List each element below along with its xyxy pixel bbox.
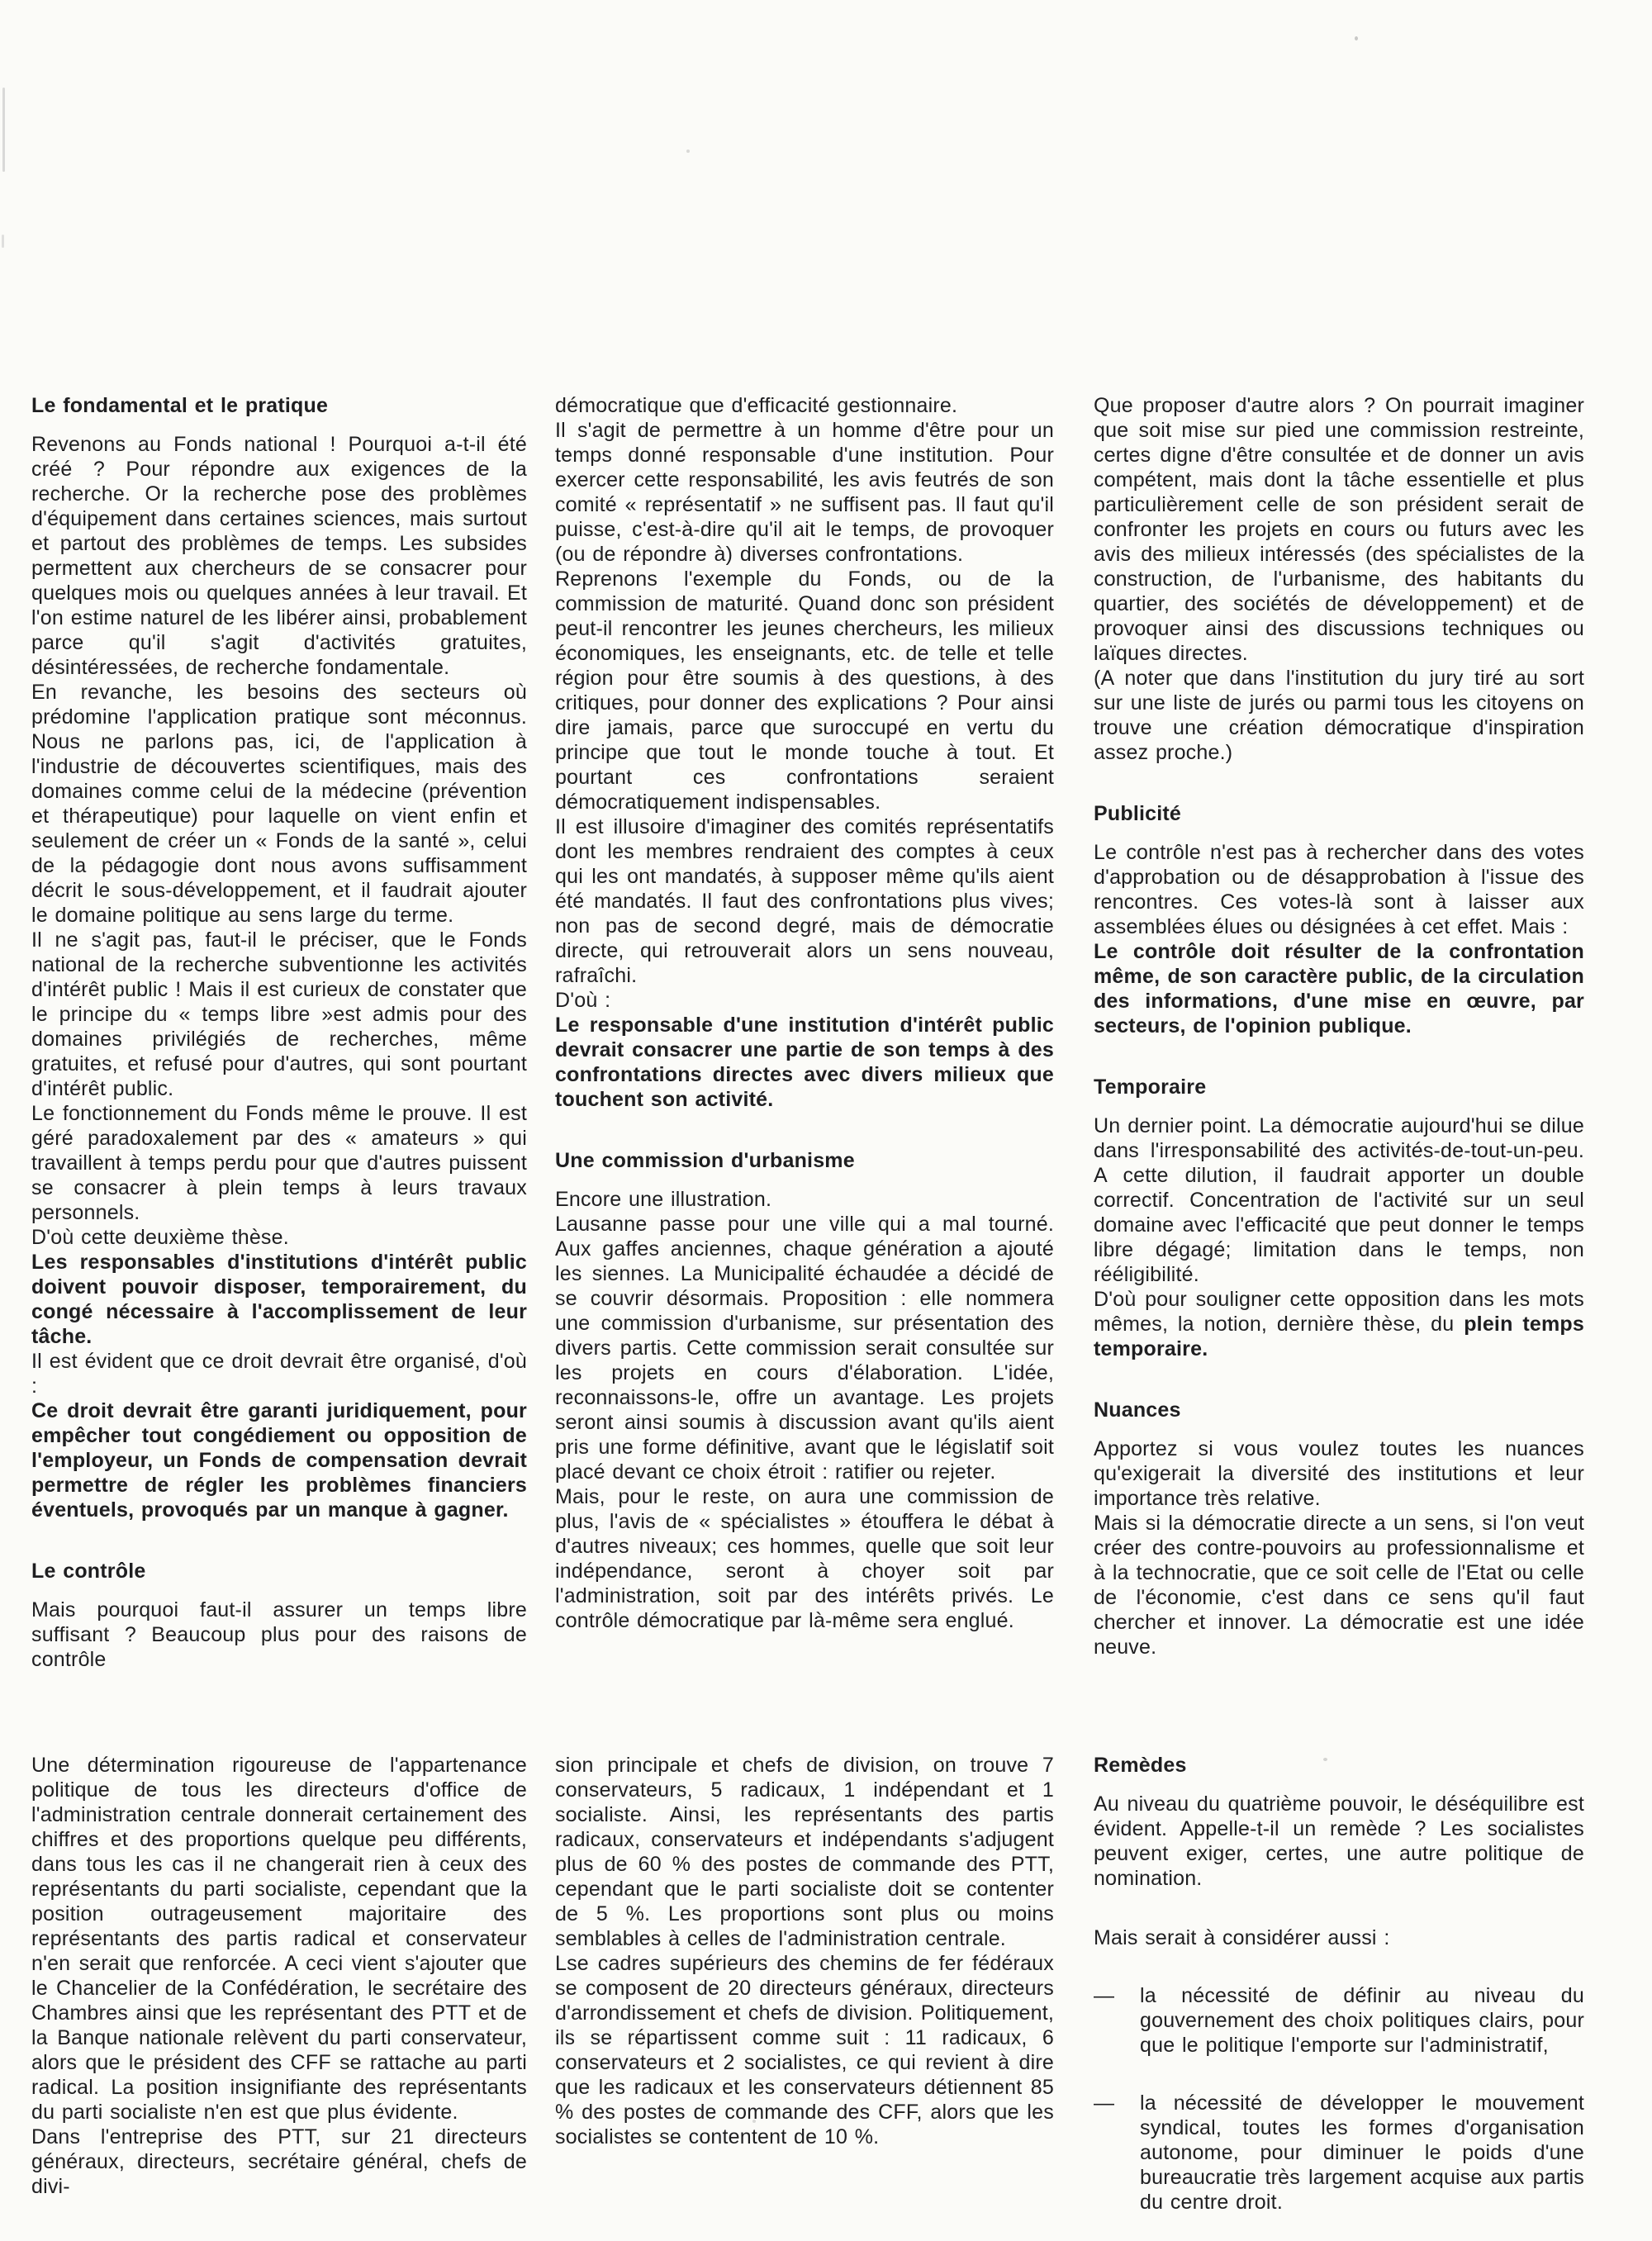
section-heading-controle: Le contrôle [31,1559,527,1583]
section-heading-urbanisme: Une commission d'urbanisme [555,1148,1054,1173]
paragraph: Dans l'entreprise des PTT, sur 21 direct… [31,2125,527,2199]
paragraph: Il ne s'agit pas, faut-il le préciser, q… [31,928,527,1101]
scan-speck [1355,36,1358,40]
paragraph: Lse cadres supérieurs des chemins de fer… [555,1951,1054,2149]
list-item-text: la nécessité de définir au niveau du gou… [1140,1983,1584,2058]
paragraph: Une détermination rigoureuse de l'appart… [31,1753,527,2125]
paragraph-with-emphasis: D'où pour souligner cette opposition dan… [1094,1287,1584,1361]
section-heading-fondamental: Le fondamental et le pratique [31,393,527,418]
paragraph: Encore une illustration. [555,1187,1054,1212]
top-column-3: Que proposer d'autre alors ? On pourrait… [1094,393,1584,1672]
top-column-2: démocratique que d'efficacité gestionnai… [555,393,1054,1672]
paragraph: D'où cette deuxième thèse. [31,1225,527,1250]
list-dash: — [1094,1983,1140,2058]
paragraph: sion principale et chefs de division, on… [555,1753,1054,1951]
section-heading-nuances: Nuances [1094,1398,1584,1422]
bottom-column-1: Une détermination rigoureuse de l'appart… [31,1753,527,2215]
top-section: Le fondamental et le pratique Revenons a… [31,393,1584,1672]
scan-streak [2,88,5,172]
paragraph: Revenons au Fonds national ! Pourquoi a-… [31,432,527,680]
paragraph: Mais serait à considérer aussi : [1094,1925,1584,1950]
section-heading-remedes: Remèdes [1094,1753,1584,1778]
thesis-paragraph: Le contrôle doit résulter de la confront… [1094,939,1584,1038]
section-heading-publicite: Publicité [1094,801,1584,826]
thesis-paragraph: Le responsable d'une institution d'intér… [555,1013,1054,1112]
paragraph: Au niveau du quatrième pouvoir, le déséq… [1094,1792,1584,1891]
paragraph: Mais pourquoi faut-il assurer un temps l… [31,1598,527,1672]
list-item-text: la nécessité de développer le mouvement … [1140,2091,1584,2215]
paragraph: Le fonctionnement du Fonds même le prouv… [31,1101,527,1225]
list-item: — la nécessité de définir au niveau du g… [1094,1983,1584,2058]
thesis-paragraph: Les responsables d'institutions d'intérê… [31,1250,527,1349]
list-item: — la nécessité de développer le mouvemen… [1094,2091,1584,2215]
thesis-paragraph: Ce droit devrait être garanti juridiquem… [31,1398,527,1522]
section-heading-temporaire: Temporaire [1094,1075,1584,1099]
paragraph: (A noter que dans l'institution du jury … [1094,666,1584,765]
scan-speck [686,150,690,153]
paragraph: Que proposer d'autre alors ? On pourrait… [1094,393,1584,666]
paragraph: Mais si la démocratie directe a un sens,… [1094,1511,1584,1659]
paragraph: Lausanne passe pour une ville qui a mal … [555,1212,1054,1484]
paragraph: Reprenons l'exemple du Fonds, ou de la c… [555,567,1054,814]
paragraph: Il est évident que ce droit devrait être… [31,1349,527,1398]
paragraph: Il est illusoire d'imaginer des comités … [555,814,1054,988]
magazine-page: Le fondamental et le pratique Revenons a… [0,0,1652,2241]
paragraph: Il s'agit de permettre à un homme d'être… [555,418,1054,567]
top-column-1: Le fondamental et le pratique Revenons a… [31,393,527,1672]
paragraph: En revanche, les besoins des secteurs où… [31,680,527,928]
scan-streak-small [2,235,4,248]
paragraph: démocratique que d'efficacité gestionnai… [555,393,1054,418]
paragraph: Mais, pour le reste, on aura une commiss… [555,1484,1054,1633]
bottom-section: Une détermination rigoureuse de l'appart… [31,1753,1584,2215]
list-dash: — [1094,2091,1140,2215]
bottom-column-3: Remèdes Au niveau du quatrième pouvoir, … [1094,1753,1584,2215]
bottom-column-2: sion principale et chefs de division, on… [555,1753,1054,2215]
paragraph: D'où : [555,988,1054,1013]
paragraph: Le contrôle n'est pas à rechercher dans … [1094,840,1584,939]
paragraph: Apportez si vous voulez toutes les nuanc… [1094,1436,1584,1511]
paragraph: Un dernier point. La démocratie aujourd'… [1094,1113,1584,1287]
